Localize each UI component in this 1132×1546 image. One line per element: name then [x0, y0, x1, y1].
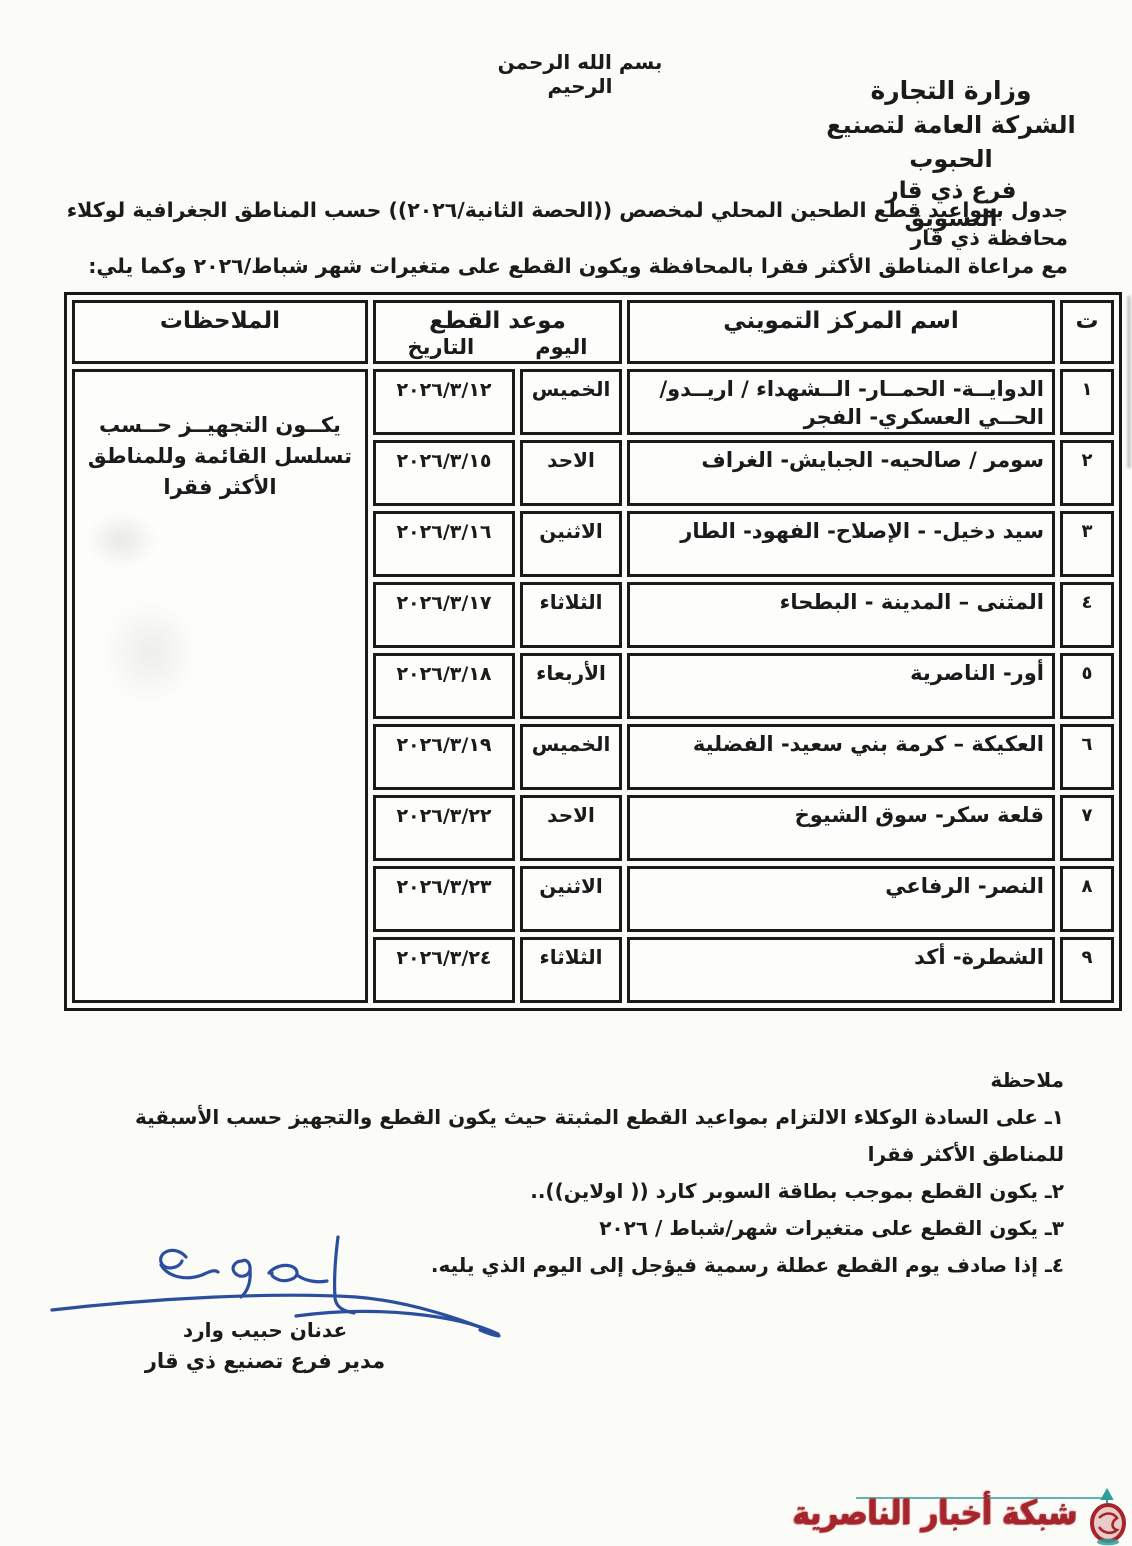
- news-watermark: شبكة أخبار الناصرية: [852, 1486, 1130, 1546]
- intro-line-2: مع مراعاة المناطق الأكثر فقرا بالمحافظة …: [66, 252, 1068, 280]
- center-name: سومر / صالحيه- الجبايش- الغراف: [627, 440, 1055, 506]
- cut-day: الاثنين: [520, 511, 622, 577]
- cut-day: الاثنين: [520, 866, 622, 932]
- cut-day: الخميس: [520, 369, 622, 435]
- scan-edge-mark: [1127, 296, 1131, 468]
- signatory-title: مدير فرع تصنيع ذي قار: [112, 1349, 418, 1373]
- center-name: الدوايــة- الحمــار- الــشهداء / اريــدو…: [627, 369, 1055, 435]
- cut-day: الاحد: [520, 795, 622, 861]
- center-name: قلعة سكر- سوق الشيوخ: [627, 795, 1055, 861]
- schedule-table: ت اسم المركز التمويني موعد القطع اليوم ا…: [64, 292, 1122, 1011]
- row-index: ٩: [1060, 937, 1114, 1003]
- table-header-row: ت اسم المركز التمويني موعد القطع اليوم ا…: [72, 300, 1114, 364]
- cut-day: الثلاثاء: [520, 937, 622, 1003]
- table-row: ١ الدوايــة- الحمــار- الــشهداء / اريــ…: [72, 369, 1114, 435]
- cut-day: الأربعاء: [520, 653, 622, 719]
- cut-date: ٢٠٢٦/٣/١٨: [373, 653, 515, 719]
- row-index: ٧: [1060, 795, 1114, 861]
- ministry-title: وزارة التجارة: [786, 74, 1116, 108]
- cut-date: ٢٠٢٦/٣/٢٣: [373, 866, 515, 932]
- col-header-center-name: اسم المركز التمويني: [627, 300, 1055, 364]
- center-name: سيد دخيل- - الإصلاح- الفهود- الطار: [627, 511, 1055, 577]
- row-index: ٢: [1060, 440, 1114, 506]
- center-name: المثنى – المدينة - البطحاء: [627, 582, 1055, 648]
- cut-day: الثلاثاء: [520, 582, 622, 648]
- row-index: ٥: [1060, 653, 1114, 719]
- cut-date: ٢٠٢٦/٣/١٥: [373, 440, 515, 506]
- signatory-name: عدنان حبيب وارد: [128, 1318, 402, 1342]
- cut-day: الخميس: [520, 724, 622, 790]
- footnotes-title: ملاحظة: [64, 1062, 1064, 1099]
- row-index: ١: [1060, 369, 1114, 435]
- cut-date: ٢٠٢٦/٣/١٦: [373, 511, 515, 577]
- center-name: العكيكة – كرمة بني سعيد- الفضلية: [627, 724, 1055, 790]
- cut-day: الاحد: [520, 440, 622, 506]
- center-name: أور- الناصرية: [627, 653, 1055, 719]
- center-name: النصر- الرفاعي: [627, 866, 1055, 932]
- cut-date: ٢٠٢٦/٣/٢٢: [373, 795, 515, 861]
- cut-date: ٢٠٢٦/٣/١٢: [373, 369, 515, 435]
- intro-line-1: جدول بمواعيد قطع الطحين المحلي لمخصص ((ا…: [66, 196, 1068, 252]
- row-index: ٤: [1060, 582, 1114, 648]
- watermark-text: شبكة أخبار الناصرية: [865, 1491, 1077, 1534]
- row-index: ٨: [1060, 866, 1114, 932]
- cut-date: ٢٠٢٦/٣/١٧: [373, 582, 515, 648]
- col-header-cut-date-group: موعد القطع اليوم التاريخ: [373, 300, 622, 364]
- intro-paragraph: جدول بمواعيد قطع الطحين المحلي لمخصص ((ا…: [66, 196, 1068, 280]
- basmala-text: بسم الله الرحمن الرحيم: [468, 50, 692, 98]
- watermark-emblem-icon: [1086, 1488, 1130, 1546]
- footnote-item: ١ـ على السادة الوكلاء الالتزام بمواعيد ا…: [64, 1099, 1064, 1173]
- cut-date-group-label: موعد القطع: [377, 308, 618, 334]
- col-header-day: اليوم: [535, 334, 587, 360]
- col-header-notes: الملاحظات: [72, 300, 368, 364]
- col-header-date: التاريخ: [408, 334, 475, 360]
- document-page: بسم الله الرحمن الرحيم وزارة التجارة الش…: [0, 0, 1132, 1546]
- row-index: ٦: [1060, 724, 1114, 790]
- cut-date: ٢٠٢٦/٣/٢٤: [373, 937, 515, 1003]
- footnote-item: ٢ـ يكون القطع بموجب بطاقة السوبر كارد ((…: [64, 1173, 1064, 1210]
- row-index: ٣: [1060, 511, 1114, 577]
- col-header-index: ت: [1060, 300, 1114, 364]
- company-title: الشركة العامة لتصنيع الحبوب: [786, 108, 1116, 176]
- cut-date: ٢٠٢٦/٣/١٩: [373, 724, 515, 790]
- center-name: الشطرة- أكد: [627, 937, 1055, 1003]
- notes-cell: يكــون التجهيــز حــسب تسلسل القائمة ولل…: [72, 369, 368, 1003]
